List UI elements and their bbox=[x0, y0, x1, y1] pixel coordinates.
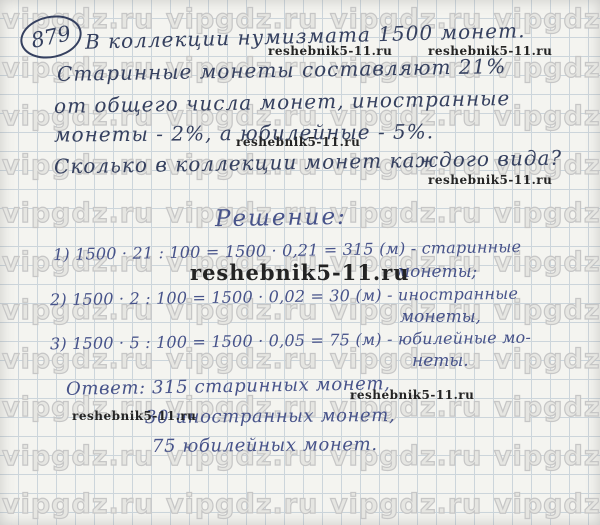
reshebnik-watermark: reshebnik5-11.ru bbox=[268, 44, 392, 58]
solution-step-continuation: неты. bbox=[412, 351, 469, 371]
solution-step: 3) 1500 · 5 : 100 = 1500 · 0,05 = 75 (м)… bbox=[50, 328, 531, 354]
problem-line: Старинные монеты составляют 21% bbox=[57, 54, 507, 86]
reshebnik-watermark: reshebnik5-11.ru bbox=[428, 173, 552, 187]
answer-line: 75 юбилейных монет. bbox=[152, 434, 378, 457]
problem-number-circled: 879 bbox=[16, 10, 85, 64]
solution-title: Решение: bbox=[215, 204, 347, 232]
problem-number: 879 bbox=[29, 21, 73, 53]
reshebnik-watermark: reshebnik5-11.ru bbox=[350, 388, 474, 402]
reshebnik-watermark: reshebnik5-11.ru bbox=[236, 135, 360, 149]
solution-step-continuation: монеты, bbox=[400, 307, 481, 327]
solution-step: 2) 1500 · 2 : 100 = 1500 · 0,02 = 30 (м)… bbox=[50, 284, 518, 310]
reshebnik-watermark: reshebnik5-11.ru bbox=[72, 409, 196, 423]
reshebnik-watermark: reshebnik5-11.ru bbox=[428, 44, 552, 58]
notebook-page: vipgdz.ruvipgdz.ruvipgdz.ruvipgdz.ruvipg… bbox=[0, 0, 600, 525]
answer-line: Ответ: 315 старинных монет, bbox=[66, 373, 391, 400]
problem-line: от общего числа монет, иностранные bbox=[54, 86, 511, 118]
reshebnik-watermark-large: reshebnik5-11.ru bbox=[190, 260, 410, 285]
